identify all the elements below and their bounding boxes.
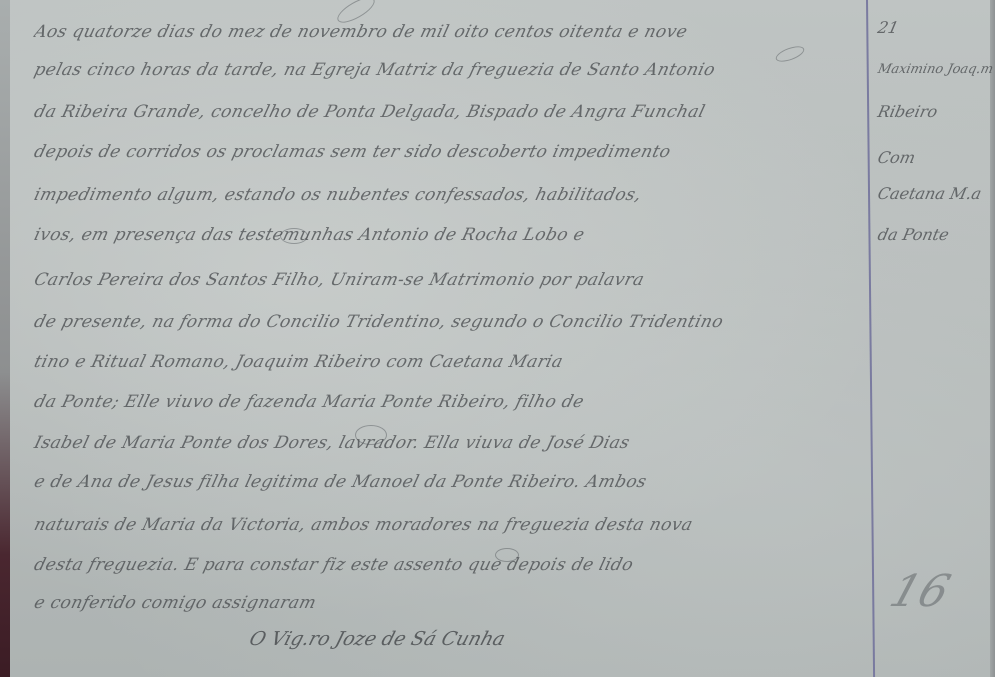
page-left-edge — [0, 0, 10, 677]
register-line-10: da Ponte; Elle viuvo de fazenda Maria Po… — [32, 392, 847, 412]
margin-note-line: Caetana M.a — [876, 184, 983, 203]
margin-note-line: Maximino Joaq.m — [876, 62, 994, 77]
register-line-5: impedimento algum, estando os nubentes c… — [32, 185, 867, 205]
register-line-9: tino e Ritual Romano, Joaquim Ribeiro co… — [32, 352, 857, 372]
register-line-15: e conferido comigo assignaram — [32, 593, 677, 613]
margin-note-line: da Ponte — [876, 225, 951, 244]
margin-rule-line — [866, 0, 875, 677]
folio-number: 16 — [884, 566, 957, 617]
register-line-3: da Ribeira Grande, concelho de Ponta Del… — [32, 102, 857, 122]
priest-signature: O Vig.ro Joze de Sá Cunha — [247, 628, 508, 650]
register-line-1: Aos quatorze dias do mez de novembro de … — [32, 22, 867, 42]
register-line-12: e de Ana de Jesus filha legitima de Mano… — [32, 472, 857, 492]
register-line-14: desta freguezia. E para constar fiz este… — [32, 555, 857, 575]
margin-entry-number: 21 — [876, 18, 900, 37]
register-line-2: pelas cinco horas da tarde, na Egreja Ma… — [32, 60, 867, 80]
register-line-13: naturais de Maria da Victoria, ambos mor… — [32, 515, 847, 535]
margin-note-line: Com — [876, 148, 917, 167]
register-line-8: de presente, na forma do Concilio Triden… — [32, 312, 857, 332]
page-right-edge — [990, 0, 995, 677]
margin-note-line: Ribeiro — [876, 102, 939, 121]
register-line-7: Carlos Pereira dos Santos Filho, Uniram-… — [32, 270, 857, 290]
register-line-6: ivos, em presença das testemunhas Antoni… — [32, 225, 857, 245]
register-line-4: depois de corridos os proclamas sem ter … — [32, 142, 867, 162]
document-page: Aos quatorze dias do mez de novembro de … — [0, 0, 995, 677]
register-line-11: Isabel de Maria Ponte dos Dores, lavrado… — [32, 433, 867, 453]
